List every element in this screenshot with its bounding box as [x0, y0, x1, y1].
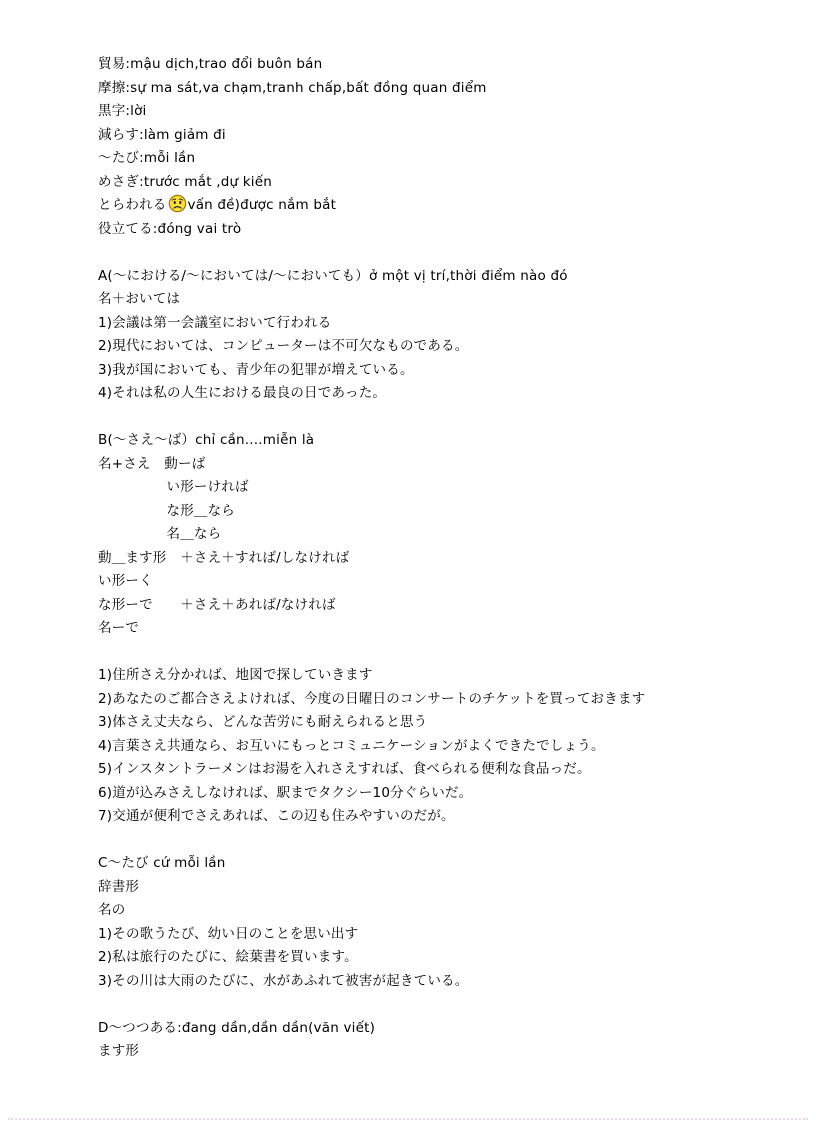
text-line: 5)インスタントラーメンはお湯を入れさえすれば、食べられる便利な食品っだ。	[98, 758, 778, 782]
text-line: 1)その歌うたび、幼い日のことを思い出す	[98, 923, 778, 947]
text-line: 4)言葉さえ共通なら、お互いにもっとコミュニケーションがよくできたでしょう。	[98, 735, 778, 759]
text-line: C～たび cứ mỗi lần	[98, 852, 778, 876]
text-line: A(～における/～においては/～においても）ở một vị trí,thời …	[98, 265, 778, 289]
text-line: 役立てる:đóng vai trò	[98, 218, 778, 242]
text-line: ます形	[98, 1040, 778, 1064]
text-line: 名+さえ 動ーば	[98, 453, 778, 477]
text-line: B(～さえ～ば）chỉ cần....miễn là	[98, 429, 778, 453]
text-line: 3)体さえ丈夫なら、どんな苦労にも耐えられると思う	[98, 711, 778, 735]
text-line: 減らす:làm giảm đi	[98, 124, 778, 148]
text-line: めさぎ:trước mắt ,dự kiến	[98, 171, 778, 195]
grammar-section-b-examples: 1)住所さえ分かれば、地図で探していきます2)あなたのご都合さえよければ、今度の…	[98, 664, 778, 829]
grammar-section-c: C～たび cứ mỗi lần辞書形名の1)その歌うたび、幼い日のことを思い出す…	[98, 852, 778, 993]
text-line: な形ーで ＋さえ＋あれば/なければ	[98, 594, 778, 618]
text-line: 4)それは私の人生における最良の日であった。	[98, 382, 778, 406]
text-line: い形ーく	[98, 570, 778, 594]
text-line: 貿易:mậu dịch,trao đổi buôn bán	[98, 53, 778, 77]
text-line: 辞書形	[98, 876, 778, 900]
text-line: 摩擦:sự ma sát,va chạm,tranh chấp,bất đồng…	[98, 77, 778, 101]
text-line: 2)あなたのご都合さえよければ、今度の日曜日のコンサートのチケットを買っておきま…	[98, 688, 778, 712]
document-page: 貿易:mậu dịch,trao đổi buôn bán摩擦:sự ma sá…	[0, 0, 816, 1123]
text-line: 2)私は旅行のたびに、絵葉書を買います。	[98, 946, 778, 970]
text-line: D～つつある:đang dần,dần dần(văn viết)	[98, 1017, 778, 1041]
document-content: 貿易:mậu dịch,trao đổi buôn bán摩擦:sự ma sá…	[98, 53, 778, 1087]
text-line: 名＿なら	[98, 523, 778, 547]
grammar-section-b-forms: B(～さえ～ば）chỉ cần....miễn là名+さえ 動ーば い形ーけれ…	[98, 429, 778, 641]
grammar-section-a: A(～における/～においては/～においても）ở một vị trí,thời …	[98, 265, 778, 406]
text-line: 3)その川は大雨のたびに、水があふれて被害が起きている。	[98, 970, 778, 994]
grammar-section-d: D～つつある:đang dần,dần dần(văn viết)ます形	[98, 1017, 778, 1064]
text-line: 3)我が国においても、青少年の犯罪が増えている。	[98, 359, 778, 383]
text-segment: vấn đề)được nắm bắt	[188, 197, 337, 213]
text-line: 2)現代においては、コンピューターは不可欠なものである。	[98, 335, 778, 359]
text-line: い形ーければ	[98, 476, 778, 500]
text-line: な形＿なら	[98, 500, 778, 524]
text-segment: とらわれる	[98, 197, 167, 213]
text-line: 7)交通が便利でさえあれば、この辺も住みやすいのだが。	[98, 805, 778, 829]
vocabulary-list: 貿易:mậu dịch,trao đổi buôn bán摩擦:sự ma sá…	[98, 53, 778, 241]
text-line: 動＿ます形 ＋さえ＋すれば/しなければ	[98, 547, 778, 571]
text-line: 名の	[98, 899, 778, 923]
page-bottom-dotted-divider	[8, 1118, 808, 1120]
text-line: 6)道が込みさえしなければ、駅までタクシー10分ぐらいだ。	[98, 782, 778, 806]
text-line: 1)会議は第一会議室において行われる	[98, 312, 778, 336]
sad-face-emoticon	[168, 194, 187, 213]
text-line: 名ーで	[98, 617, 778, 641]
text-line: ～たび:mỗi lần	[98, 147, 778, 171]
text-line: とらわれるvấn đề)được nắm bắt	[98, 194, 778, 218]
text-line: 名＋おいては	[98, 288, 778, 312]
text-line: 黒字:lời	[98, 100, 778, 124]
text-line: 1)住所さえ分かれば、地図で探していきます	[98, 664, 778, 688]
